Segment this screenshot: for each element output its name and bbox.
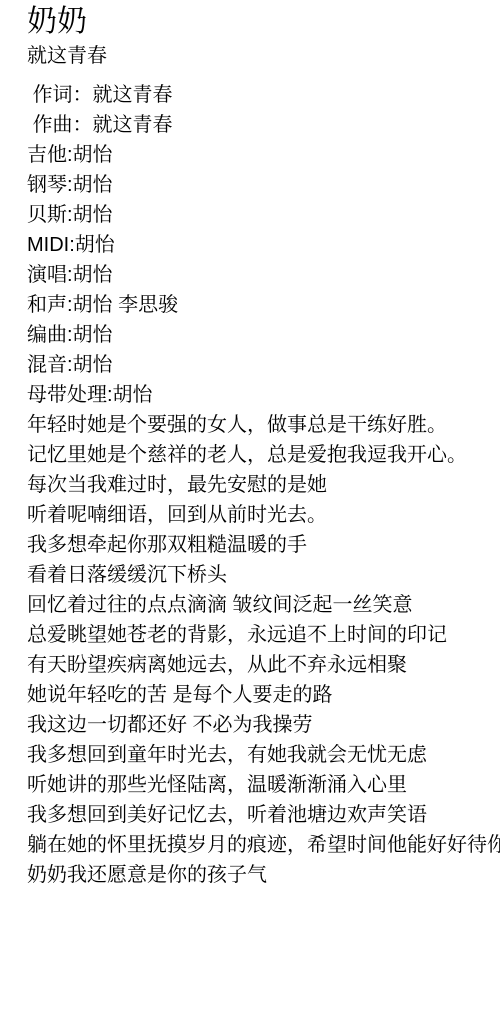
lyric-line: 钢琴:胡怡 xyxy=(27,170,500,200)
lyric-line: 听她讲的那些光怪陆离，温暖渐渐涌入心里 xyxy=(27,770,500,800)
lyric-line: MIDI:胡怡 xyxy=(27,230,500,260)
lyric-line: 演唱:胡怡 xyxy=(27,260,500,290)
lyric-line: 躺在她的怀里抚摸岁月的痕迹，希望时间他能好好待你 xyxy=(27,830,500,860)
lyric-line: 回忆着过往的点点滴滴 皱纹间泛起一丝笑意 xyxy=(27,590,500,620)
lyric-line: 作曲：就这青春 xyxy=(27,110,500,140)
lyrics-page: 奶奶 就这青春 作词：就这青春 作曲：就这青春吉他:胡怡钢琴:胡怡贝斯:胡怡MI… xyxy=(0,0,500,890)
lyric-line: 和声:胡怡 李思骏 xyxy=(27,290,500,320)
lyric-line: 我多想回到美好记忆去，听着池塘边欢声笑语 xyxy=(27,800,500,830)
lyric-line: 贝斯:胡怡 xyxy=(27,200,500,230)
lyric-line: 每次当我难过时，最先安慰的是她 xyxy=(27,470,500,500)
lyric-line: 看着日落缓缓沉下桥头 xyxy=(27,560,500,590)
lyric-line: 我这边一切都还好 不必为我操劳 xyxy=(27,710,500,740)
lyric-line: 奶奶我还愿意是你的孩子气 xyxy=(27,860,500,890)
lyric-line: 听着呢喃细语，回到从前时光去。 xyxy=(27,500,500,530)
lyric-line: 年轻时她是个要强的女人，做事总是干练好胜。 xyxy=(27,410,500,440)
lyric-line: 混音:胡怡 xyxy=(27,350,500,380)
lyric-line: 她说年轻吃的苦 是每个人要走的路 xyxy=(27,680,500,710)
artist-name: 就这青春 xyxy=(27,43,500,69)
lyric-line: 我多想牵起你那双粗糙温暖的手 xyxy=(27,530,500,560)
lyric-line: 总爱眺望她苍老的背影，永远追不上时间的印记 xyxy=(27,620,500,650)
lyric-line: 母带处理:胡怡 xyxy=(27,380,500,410)
lyric-line: 记忆里她是个慈祥的老人，总是爱抱我逗我开心。 xyxy=(27,440,500,470)
lyric-line: 有天盼望疾病离她远去，从此不弃永远相聚 xyxy=(27,650,500,680)
page-title: 奶奶 xyxy=(27,0,500,39)
lyric-line: 编曲:胡怡 xyxy=(27,320,500,350)
lyric-line: 吉他:胡怡 xyxy=(27,140,500,170)
lyric-line: 作词：就这青春 xyxy=(27,80,500,110)
lyrics-body: 作词：就这青春 作曲：就这青春吉他:胡怡钢琴:胡怡贝斯:胡怡MIDI:胡怡演唱:… xyxy=(27,80,500,890)
lyric-line: 我多想回到童年时光去，有她我就会无忧无虑 xyxy=(27,740,500,770)
